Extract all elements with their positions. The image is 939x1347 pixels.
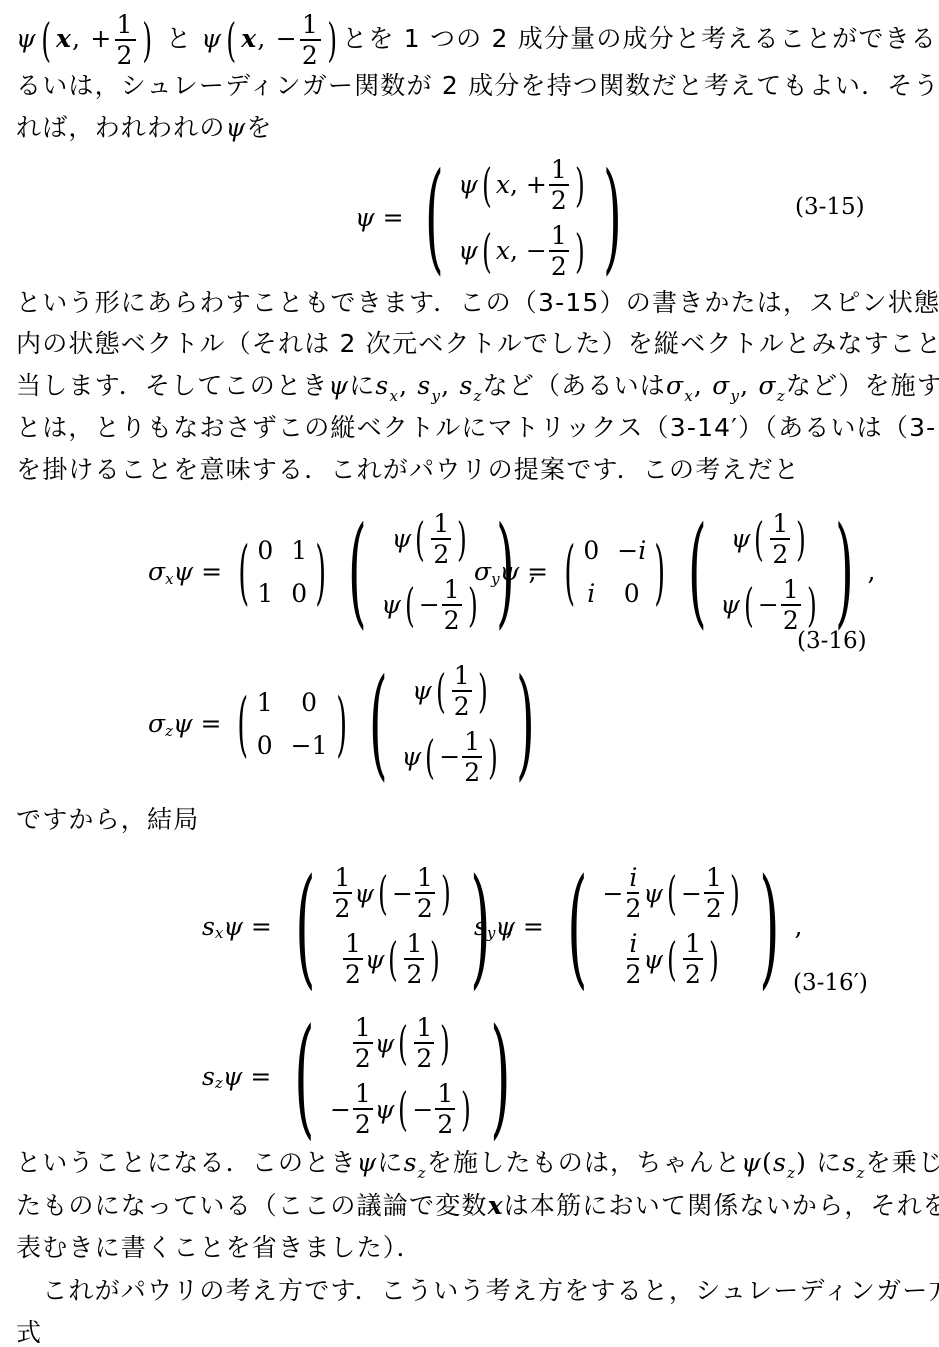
equation-s-y: syψ = ( −i2ψ(−12) i2ψ(12) ), [474,850,802,1002]
close-paren: ) [142,13,153,67]
psi-symbol: ψ [16,24,37,53]
paragraph4-line1: ということになる．このときψにszを施したものは，ちゃんとψ(sz) にszを乗… [16,1143,939,1179]
equals: = [383,203,404,232]
column-vector: ψ(x, +12) ψ(x, −12) [458,157,588,279]
vector: ψ(12) ψ(−12) [402,663,502,785]
open-paren: ( [226,13,237,67]
vector: 12ψ(−12) 12ψ(12) [331,865,455,987]
paragraph2-line4: とは，とりもなおさずこの縦ベクトルにマトリックス（3-14′）（あるいは（3-1… [16,408,939,444]
text: など）を施すこ [786,371,939,400]
psi-symbol: ψ [226,113,247,142]
psi-symbol: ψ [357,1148,378,1177]
var-x: x [488,1191,504,1220]
comma: , [72,24,81,53]
matrix-sigma-z: 10 0−1 [257,688,328,760]
paragraph4-line3: 表むきに書くことを省きました）． [16,1228,423,1264]
text: ということになる．このとき [16,1148,357,1177]
vector: ψ(12) ψ(−12) [720,511,820,633]
equation-sigma-y: σyψ = ( 0−i i0 ) ( ψ(12) ψ(−12) ), [474,502,876,641]
paragraph4-line2: たものになっている（ここの議論で変数xは本筋において関係ないから，それを [16,1186,939,1222]
equation-s-z: szψ = ( 12ψ(12) −12ψ(−12) ) [202,1000,526,1152]
equation-s-x: sxψ = ( 12ψ(−12) 12ψ(12) ), [202,850,513,1002]
matrix-sigma-x: 01 10 [257,536,307,608]
paragraph1-line1: ψ(x, +12) と ψ(x, −12)とを 1 つの 2 成分量の成分と考え… [16,12,939,68]
equation-number-3-15: (3-15) [795,194,865,220]
equation-sigma-z: σzψ = ( 10 0−1 ) ( ψ(12) ψ(−12) ) [148,654,549,793]
vector: 12ψ(12) −12ψ(−12) [330,1015,475,1137]
vector: ψ(12) ψ(−12) [381,511,481,633]
paragraph1-line3: れば，われわれのψを [16,108,273,144]
vector-row: ψ(x, −12) [458,223,588,279]
equation-number-3-16-prime: (3-16′) [793,970,868,996]
text: れば，われわれの [16,113,226,142]
paragraph5-line2: 式 [16,1313,42,1347]
equation-3-15: ψ = ( ψ(x, +12) ψ(x, −12) ) [355,148,636,287]
vector-row: ψ(x, +12) [458,157,588,213]
paragraph2-line1: という形にあらわすこともできます．この（3-15）の書きかたは，スピン状態空間 [16,283,939,319]
text: を [246,113,272,142]
open-paren: ( [41,13,52,67]
fraction-half: 12 [300,12,321,68]
paragraph2-line5: を掛けることを意味する．これがパウリの提案です．この考えだと [16,450,800,486]
psi-symbol: ψ [201,24,222,53]
psi-symbol: ψ [355,203,375,232]
paragraph2-line2: 内の状態ベクトル（それは 2 次元ベクトルでした）を縦ベクトルとみなすことに相 [16,324,939,360]
paragraph5-line1: これがパウリの考え方です．こういう考え方をすると，シュレーディンガー方程 [16,1271,939,1307]
close-paren: ) [603,148,622,287]
var-x: x [241,24,257,53]
paragraph2-line3: 当します．そしてこのときψにsx, sy, szなど（あるいはσx, σy, σ… [16,366,939,402]
text: と [166,24,192,53]
text: など（あるいは [483,371,666,400]
psi-symbol: ψ [328,371,349,400]
text: に [349,371,375,400]
matrix-sigma-y: 0−i i0 [583,536,646,608]
var-x: x [56,24,72,53]
open-paren: ( [426,148,445,287]
equation-number-3-16: (3-16) [797,628,867,654]
text: とを 1 つの 2 成分量の成分と考えることができる．あ [342,24,939,53]
vector: −i2ψ(−12) i2ψ(12) [603,865,744,987]
text: 当します．そしてこのとき [16,371,328,400]
close-paren: ) [327,13,338,67]
minus: − [276,24,298,53]
plus: + [90,24,112,53]
fraction-half: 12 [115,12,136,68]
paragraph1-line2: るいは，シュレーディンガー関数が 2 成分を持つ関数だと考えてもよい．そう考え [16,66,939,102]
comma: , [257,24,266,53]
paragraph3-line1: ですから，結局 [16,800,199,836]
